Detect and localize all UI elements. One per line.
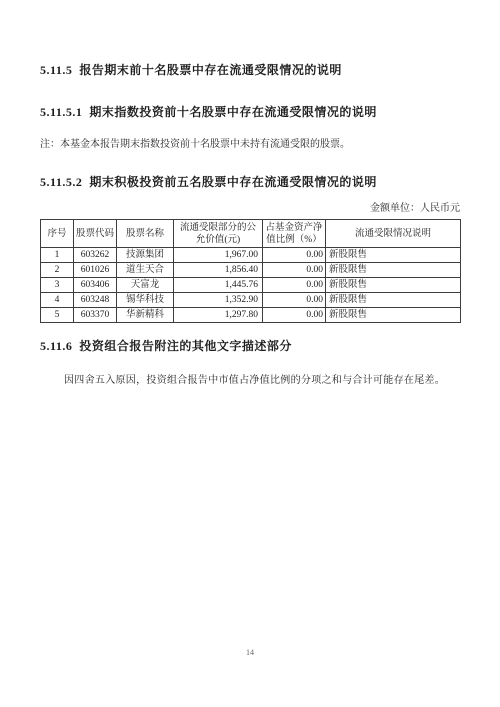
index-restriction-note: 注：本基金本报告期末指数投资前十名股票中未持有流通受限的股票。 (40, 139, 460, 151)
table-row: 3 603406 天富龙 1,445.76 0.00 新股限售 (41, 278, 461, 293)
heading-title: 期末指数投资前十名股票中存在流通受限情况的说明 (89, 105, 377, 119)
cell-fair-value: 1,856.40 (174, 263, 263, 278)
header-fair-value: 流通受限部分的公允价值(元) (174, 220, 263, 248)
cell-seq: 5 (41, 308, 74, 323)
header-nav-ratio: 占基金资产净值比例（%） (263, 220, 326, 248)
cell-nav-ratio: 0.00 (263, 248, 326, 263)
cell-stock-name: 技源集团 (117, 248, 174, 263)
header-seq: 序号 (41, 220, 74, 248)
cell-stock-name: 锡华科技 (117, 293, 174, 308)
cell-nav-ratio: 0.00 (263, 263, 326, 278)
table-row: 4 603248 锡华科技 1,352.90 0.00 新股限售 (41, 293, 461, 308)
document-page: 5.11.5报告期末前十名股票中存在流通受限情况的说明 5.11.5.1期末指数… (0, 0, 500, 707)
cell-restriction-desc: 新股限售 (326, 293, 461, 308)
cell-nav-ratio: 0.00 (263, 293, 326, 308)
cell-fair-value: 1,967.00 (174, 248, 263, 263)
restricted-stocks-table: 序号 股票代码 股票名称 流通受限部分的公允价值(元) 占基金资产净值比例（%）… (40, 219, 461, 323)
heading-number: 5.11.5 (40, 63, 72, 77)
header-stock-code: 股票代码 (74, 220, 117, 248)
cell-stock-code: 601026 (74, 263, 117, 278)
cell-stock-name: 道生天合 (117, 263, 174, 278)
cell-restriction-desc: 新股限售 (326, 278, 461, 293)
cell-nav-ratio: 0.00 (263, 308, 326, 323)
heading-number: 5.11.5.1 (40, 105, 82, 119)
cell-fair-value: 1,445.76 (174, 278, 263, 293)
cell-fair-value: 1,297.80 (174, 308, 263, 323)
cell-seq: 4 (41, 293, 74, 308)
cell-stock-code: 603406 (74, 278, 117, 293)
header-stock-name: 股票名称 (117, 220, 174, 248)
heading-title: 报告期末前十名股票中存在流通受限情况的说明 (79, 63, 342, 77)
cell-stock-name: 华新精科 (117, 308, 174, 323)
cell-restriction-desc: 新股限售 (326, 248, 461, 263)
heading-title: 投资组合报告附注的其他文字描述部分 (79, 339, 292, 353)
cell-restriction-desc: 新股限售 (326, 263, 461, 278)
cell-stock-name: 天富龙 (117, 278, 174, 293)
heading-title: 期末积极投资前五名股票中存在流通受限情况的说明 (89, 175, 377, 189)
heading-number: 5.11.6 (40, 339, 72, 353)
heading-5-11-5-1: 5.11.5.1期末指数投资前十名股票中存在流通受限情况的说明 (40, 105, 460, 119)
rounding-note-paragraph: 因四舍五入原因，投资组合报告中市值占净值比例的分项之和与合计可能存在尾差。 (40, 374, 460, 387)
cell-stock-code: 603248 (74, 293, 117, 308)
cell-restriction-desc: 新股限售 (326, 308, 461, 323)
cell-stock-code: 603370 (74, 308, 117, 323)
table-row: 1 603262 技源集团 1,967.00 0.00 新股限售 (41, 248, 461, 263)
table-row: 5 603370 华新精科 1,297.80 0.00 新股限售 (41, 308, 461, 323)
heading-5-11-5-2: 5.11.5.2期末积极投资前五名股票中存在流通受限情况的说明 (40, 175, 460, 189)
cell-seq: 2 (41, 263, 74, 278)
heading-number: 5.11.5.2 (40, 175, 82, 189)
heading-5-11-5: 5.11.5报告期末前十名股票中存在流通受限情况的说明 (40, 63, 460, 77)
heading-5-11-6: 5.11.6投资组合报告附注的其他文字描述部分 (40, 339, 460, 353)
cell-seq: 3 (41, 278, 74, 293)
page-number: 14 (0, 648, 500, 657)
amount-unit-label: 金额单位：人民币元 (40, 203, 460, 214)
header-restriction-desc: 流通受限情况说明 (326, 220, 461, 248)
table-row: 2 601026 道生天合 1,856.40 0.00 新股限售 (41, 263, 461, 278)
cell-nav-ratio: 0.00 (263, 278, 326, 293)
cell-seq: 1 (41, 248, 74, 263)
cell-fair-value: 1,352.90 (174, 293, 263, 308)
table-header-row: 序号 股票代码 股票名称 流通受限部分的公允价值(元) 占基金资产净值比例（%）… (41, 220, 461, 248)
cell-stock-code: 603262 (74, 248, 117, 263)
